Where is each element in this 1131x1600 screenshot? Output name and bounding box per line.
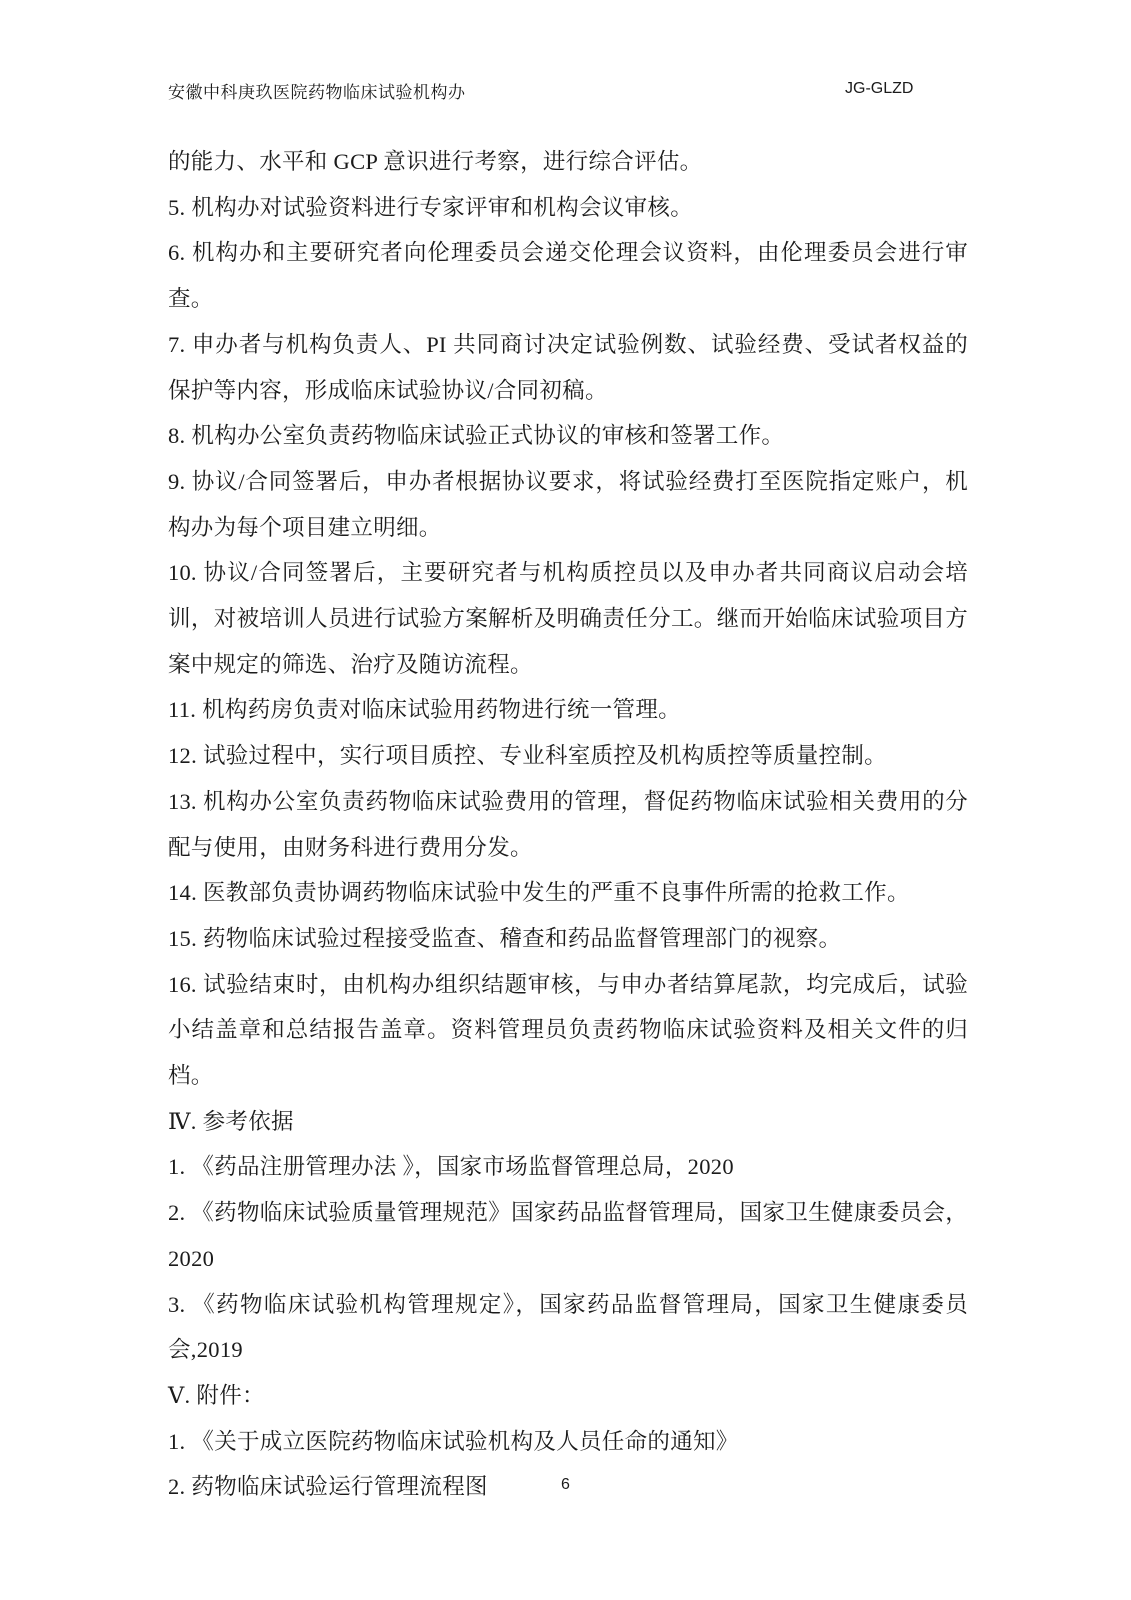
text-line: 档。 bbox=[168, 1053, 968, 1099]
paragraph: 14. 医教部负责协调药物临床试验中发生的严重不良事件所需的抢救工作。 bbox=[168, 870, 968, 916]
paragraph: 11. 机构药房负责对临床试验用药物进行统一管理。 bbox=[168, 687, 968, 733]
text-line: 小结盖章和总结报告盖章。资料管理员负责药物临床试验资料及相关文件的归 bbox=[168, 1007, 968, 1053]
text-line: 5. 机构办对试验资料进行专家评审和机构会议审核。 bbox=[168, 185, 968, 231]
paragraph: Ⅳ. 参考依据 bbox=[168, 1099, 968, 1145]
text-line: 15. 药物临床试验过程接受监查、稽查和药品监督管理部门的视察。 bbox=[168, 916, 968, 962]
text-line: 12. 试验过程中，实行项目质控、专业科室质控及机构质控等质量控制。 bbox=[168, 733, 968, 779]
paragraph: 10. 协议/合同签署后，主要研究者与机构质控员以及申办者共同商议启动会培训，对… bbox=[168, 550, 968, 687]
page-number: 6 bbox=[561, 1476, 570, 1493]
text-line: 训，对被培训人员进行试验方案解析及明确责任分工。继而开始临床试验项目方 bbox=[168, 596, 968, 642]
paragraph: 12. 试验过程中，实行项目质控、专业科室质控及机构质控等质量控制。 bbox=[168, 733, 968, 779]
text-line: 的能力、水平和 GCP 意识进行考察，进行综合评估。 bbox=[168, 139, 968, 185]
text-line: 1. 《药品注册管理办法 》，国家市场监督管理总局，2020 bbox=[168, 1144, 968, 1190]
text-line: 6. 机构办和主要研究者向伦理委员会递交伦理会议资料，由伦理委员会进行审 bbox=[168, 230, 968, 276]
text-line: 3. 《药物临床试验机构管理规定》，国家药品监督管理局，国家卫生健康委员 bbox=[168, 1282, 968, 1328]
text-line: 查。 bbox=[168, 276, 968, 322]
paragraph: 3. 《药物临床试验机构管理规定》，国家药品监督管理局，国家卫生健康委员会,20… bbox=[168, 1282, 968, 1373]
paragraph: 2. 《药物临床试验质量管理规范》国家药品监督管理局，国家卫生健康委员会，202… bbox=[168, 1190, 968, 1281]
paragraph: 16. 试验结束时，由机构办组织结题审核，与申办者结算尾款，均完成后，试验小结盖… bbox=[168, 962, 968, 1099]
paragraph: 的能力、水平和 GCP 意识进行考察，进行综合评估。 bbox=[168, 139, 968, 185]
text-line: 16. 试验结束时，由机构办组织结题审核，与申办者结算尾款，均完成后，试验 bbox=[168, 962, 968, 1008]
text-line: Ⅳ. 参考依据 bbox=[168, 1099, 968, 1145]
paragraph: 1. 《关于成立医院药物临床试验机构及人员任命的通知》 bbox=[168, 1419, 968, 1465]
text-line: 1. 《关于成立医院药物临床试验机构及人员任命的通知》 bbox=[168, 1419, 968, 1465]
text-line: 14. 医教部负责协调药物临床试验中发生的严重不良事件所需的抢救工作。 bbox=[168, 870, 968, 916]
text-line: 10. 协议/合同签署后，主要研究者与机构质控员以及申办者共同商议启动会培 bbox=[168, 550, 968, 596]
paragraph: 7. 申办者与机构负责人、PI 共同商讨决定试验例数、试验经费、受试者权益的保护… bbox=[168, 322, 968, 413]
page-footer: 6 bbox=[0, 1476, 1131, 1494]
text-line: 会,2019 bbox=[168, 1327, 968, 1373]
text-line: 2. 《药物临床试验质量管理规范》国家药品监督管理局，国家卫生健康委员会， bbox=[168, 1190, 968, 1236]
text-line: 保护等内容，形成临床试验协议/合同初稿。 bbox=[168, 368, 968, 414]
text-line: 2020 bbox=[168, 1236, 968, 1282]
paragraph: 9. 协议/合同签署后，申办者根据协议要求，将试验经费打至医院指定账户，机构办为… bbox=[168, 459, 968, 550]
paragraph: 15. 药物临床试验过程接受监查、稽查和药品监督管理部门的视察。 bbox=[168, 916, 968, 962]
text-line: 11. 机构药房负责对临床试验用药物进行统一管理。 bbox=[168, 687, 968, 733]
page-header: 安徽中科庚玖医院药物临床试验机构办 JG-GLZD bbox=[168, 78, 968, 106]
text-line: 配与使用，由财务科进行费用分发。 bbox=[168, 825, 968, 871]
text-line: 7. 申办者与机构负责人、PI 共同商讨决定试验例数、试验经费、受试者权益的 bbox=[168, 322, 968, 368]
document-page: 安徽中科庚玖医院药物临床试验机构办 JG-GLZD 的能力、水平和 GCP 意识… bbox=[0, 0, 1131, 1600]
text-line: 8. 机构办公室负责药物临床试验正式协议的审核和签署工作。 bbox=[168, 413, 968, 459]
text-line: 9. 协议/合同签署后，申办者根据协议要求，将试验经费打至医院指定账户，机 bbox=[168, 459, 968, 505]
header-institution-title: 安徽中科庚玖医院药物临床试验机构办 bbox=[168, 78, 466, 103]
paragraph: 1. 《药品注册管理办法 》，国家市场监督管理总局，2020 bbox=[168, 1144, 968, 1190]
document-body: 的能力、水平和 GCP 意识进行考察，进行综合评估。5. 机构办对试验资料进行专… bbox=[168, 139, 968, 1510]
paragraph: 13. 机构办公室负责药物临床试验费用的管理，督促药物临床试验相关费用的分配与使… bbox=[168, 779, 968, 870]
text-line: 案中规定的筛选、治疗及随访流程。 bbox=[168, 642, 968, 688]
text-line: 构办为每个项目建立明细。 bbox=[168, 505, 968, 551]
text-line: 13. 机构办公室负责药物临床试验费用的管理，督促药物临床试验相关费用的分 bbox=[168, 779, 968, 825]
paragraph: Ⅴ. 附件： bbox=[168, 1373, 968, 1419]
text-line: Ⅴ. 附件： bbox=[168, 1373, 968, 1419]
paragraph: 6. 机构办和主要研究者向伦理委员会递交伦理会议资料，由伦理委员会进行审查。 bbox=[168, 230, 968, 321]
header-document-code: JG-GLZD bbox=[845, 80, 913, 98]
paragraph: 5. 机构办对试验资料进行专家评审和机构会议审核。 bbox=[168, 185, 968, 231]
paragraph: 8. 机构办公室负责药物临床试验正式协议的审核和签署工作。 bbox=[168, 413, 968, 459]
